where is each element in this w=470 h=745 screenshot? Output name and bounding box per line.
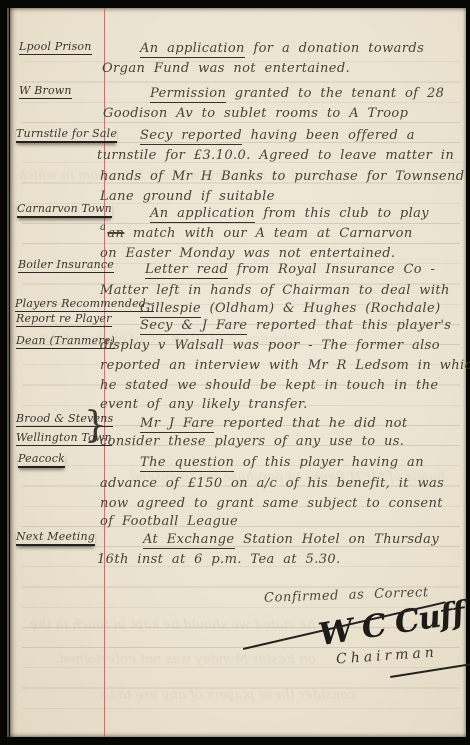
minute-line: Letter read from Royal Insurance Co - — [145, 262, 435, 277]
minute-line: reported an interview with Mr R Ledsom i… — [100, 358, 470, 373]
minute-line: An application from this club to play — [150, 206, 429, 221]
minute-line: Secy reported having been offered a — [140, 128, 415, 143]
minute-line: display v Walsall was poor - The former … — [100, 338, 440, 353]
minute-line: At Exchange Station Hotel on Thursday — [143, 532, 439, 547]
minute-line: Goodison Av to sublet rooms to A Troop — [103, 106, 408, 121]
minute-line: Mr J Fare reported that he did not — [140, 416, 407, 431]
margin-note: Carnarvon Town — [17, 202, 112, 215]
minute-line: event of any likely transfer. — [100, 397, 308, 412]
bleed-through-text: he stated we should be kept in touch in … — [30, 618, 315, 633]
margin-note: Next Meeting — [16, 530, 95, 543]
minute-line: aan match with our A team at Carnarvon — [100, 226, 413, 241]
minute-line: Permission granted to the tenant of 28 — [150, 86, 444, 101]
minute-line: Gillespie (Oldham) & Hughes (Rochdale) — [140, 301, 441, 316]
margin-note: Report re Player — [16, 312, 112, 325]
minute-line: he stated we should be kept in touch in … — [100, 378, 438, 393]
margin-note: Players Recommended - — [15, 297, 154, 310]
bleed-through-text: consider these players of any use to us. — [95, 688, 355, 703]
margin-note: Turnstile for Sale — [16, 127, 117, 140]
minute-line: of Football League — [100, 514, 238, 529]
minute-line: Organ Fund was not entertained. — [102, 61, 350, 76]
margin-note: Lpool Prison — [19, 40, 92, 53]
margin-note: W Brown — [19, 84, 72, 97]
minute-line: Secy & J Fare reported that this player'… — [140, 318, 451, 333]
minute-line: on Easter Monday was not entertained. — [100, 246, 395, 261]
minute-book-photo: reported an interview with Mr R Ledsom i… — [0, 0, 470, 745]
page-edge — [7, 8, 9, 737]
minute-line: The question of this player having an — [140, 455, 424, 470]
minute-line: An application for a donation towards — [140, 41, 424, 56]
minute-line: turnstile for £3.10.0. Agreed to leave m… — [97, 148, 454, 163]
minute-line: advance of £150 on a/c of his benefit, i… — [100, 476, 444, 491]
minute-line: Lane ground if suitable — [100, 189, 275, 204]
minute-line: hands of Mr H Banks to purchase for Town… — [100, 169, 465, 184]
margin-note: Peacock — [18, 452, 65, 465]
minute-line: now agreed to grant same subject to cons… — [100, 496, 443, 511]
bleed-through-text: on Easter Monday was not entertained. — [55, 652, 316, 667]
minute-line: Matter left in hands of Chairman to deal… — [100, 283, 450, 298]
minute-line: consider these players of any use to us. — [100, 434, 404, 449]
minute-line: 16th inst at 6 p.m. Tea at 5.30. — [97, 552, 341, 567]
